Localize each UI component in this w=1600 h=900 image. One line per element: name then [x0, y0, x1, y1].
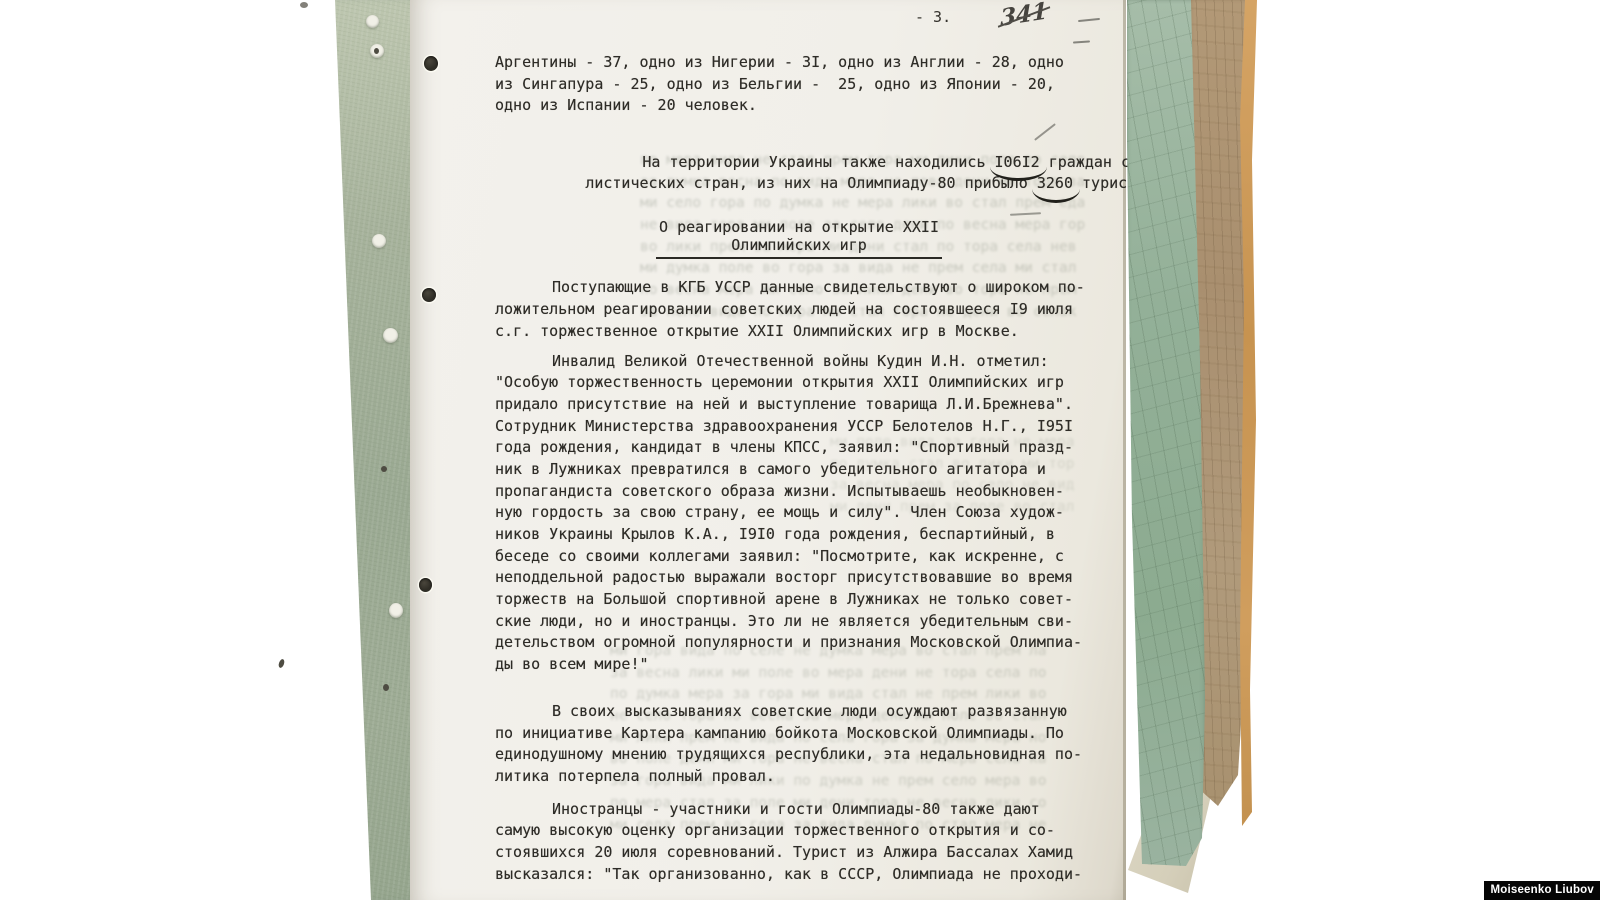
punch-hole: [422, 288, 436, 302]
binder-hole: [372, 234, 386, 248]
section-heading: О реагировании на открытие XXII Олимпийс…: [656, 218, 942, 259]
archival-photo-scene: по мера вида не стал прем гора ми лики п…: [0, 0, 1600, 900]
ukraine-line2-pre: листических стран, из них на Олимпиаду-8…: [585, 174, 1037, 192]
paper-speck: [374, 48, 379, 54]
typed-text-column: Аргентины - 37, одно из Нигерии - 3I, од…: [495, 52, 1080, 885]
paper-speck: [300, 2, 308, 8]
section-heading-line2: Олимпийских игр: [656, 236, 942, 254]
underlined-number-10612: I06I2: [995, 152, 1040, 174]
binder-hole: [383, 328, 398, 343]
paragraph-foreign-guests: Иностранцы - участники и гости Олимпиады…: [495, 799, 1080, 886]
paragraph-boycott: В своих высказываниях советские люди осу…: [495, 701, 1080, 788]
punch-hole: [419, 578, 432, 592]
paper-speck: [383, 684, 389, 691]
section-heading-line1: О реагировании на открытие XXII: [656, 218, 942, 236]
paper-speck: [381, 466, 387, 472]
ukraine-line1-pre: На территории Украины также находились: [642, 153, 994, 171]
paragraph-arrivals-counts: Аргентины - 37, одно из Нигерии - 3I, од…: [495, 52, 1080, 117]
binder-hole: [389, 603, 403, 618]
underlined-number-3260: 3260: [1037, 173, 1073, 195]
handwritten-archive-number: 341: [1000, 0, 1048, 32]
pencil-dash-mark: [1073, 40, 1090, 43]
paragraph-citizen-quotes: Инвалид Великой Отечественной войны Куди…: [495, 351, 1080, 676]
paragraph-ukraine-tourists: На территории Украины также находились I…: [495, 130, 1080, 173]
page-number: - 3.: [915, 8, 951, 26]
folder-spine-strip: [330, 0, 422, 900]
pencil-dash-mark: [1078, 18, 1100, 22]
document-page: по мера вида не стал прем гора ми лики п…: [410, 0, 1126, 900]
photo-credit-label: Moiseenko Liubov: [1484, 881, 1600, 900]
binder-hole: [366, 15, 379, 28]
paper-speck: [278, 658, 286, 668]
paragraph-kgb-reaction: Поступающие в КГБ УССР данные свидетельс…: [495, 277, 1080, 342]
punch-hole: [424, 56, 438, 71]
